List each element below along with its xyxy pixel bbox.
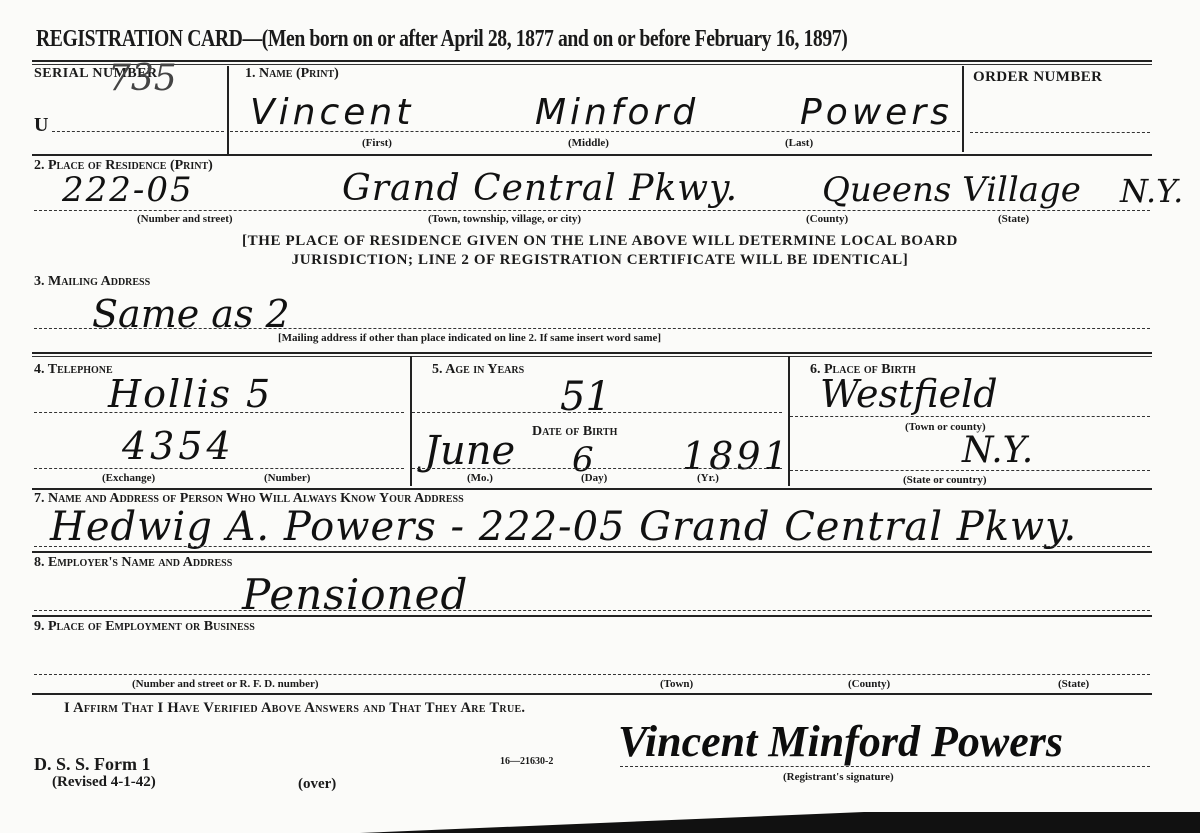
telephone-label: 4. Telephone <box>34 362 113 378</box>
age-line <box>412 412 782 413</box>
employment-place-line <box>34 674 1150 675</box>
divider <box>32 154 1152 156</box>
divider <box>32 615 1152 617</box>
contact-value: Hedwig A. Powers - 222-05 Grand Central … <box>50 504 1077 550</box>
serial-prefix: U <box>34 114 48 137</box>
employer-value: Pensioned <box>242 570 468 619</box>
age-value: 51 <box>560 374 611 420</box>
telephone-number: 4354 <box>122 424 235 468</box>
divider <box>788 356 790 486</box>
residence-notice-line1: [THE PLACE OF RESIDENCE GIVEN ON THE LIN… <box>100 232 1100 251</box>
name-label: 1. Name (Print) <box>245 66 339 82</box>
mailing-value: Same as 2 <box>92 292 290 336</box>
residence-caption-county: (County) <box>806 213 848 225</box>
telephone-exchange: Hollis 5 <box>108 372 272 416</box>
age-label: 5. Age in Years <box>432 362 524 378</box>
employer-line <box>34 610 1150 611</box>
mailing-line <box>34 328 1150 329</box>
birth-place-town-line <box>790 416 1150 417</box>
print-code: 16—21630-2 <box>500 756 553 767</box>
residence-notice-line2: JURISDICTION; LINE 2 OF REGISTRATION CER… <box>100 251 1100 270</box>
employment-caption-state: (State) <box>1058 678 1089 690</box>
birth-month-caption: (Mo.) <box>467 472 493 484</box>
birth-place-town: Westfield <box>820 372 998 416</box>
divider <box>32 356 1152 357</box>
divider <box>962 66 964 152</box>
divider <box>227 66 229 154</box>
serial-number-value: 735 <box>108 58 177 99</box>
mailing-label: 3. Mailing Address <box>34 274 150 290</box>
order-number-line <box>970 132 1150 133</box>
order-number-label: ORDER NUMBER <box>973 69 1102 86</box>
employment-caption-county: (County) <box>848 678 890 690</box>
birth-year-caption: (Yr.) <box>697 472 719 484</box>
divider <box>32 488 1152 490</box>
residence-caption-street: (Number and street) <box>137 213 233 225</box>
residence-number-street: 222-05 <box>62 170 194 210</box>
residence-caption-town: (Town, township, village, or city) <box>428 213 581 225</box>
contact-line <box>34 546 1150 547</box>
residence-state: N.Y. <box>1120 172 1183 210</box>
employer-label: 8. Employer's Name and Address <box>34 555 232 571</box>
divider <box>32 60 1152 62</box>
employment-place-label: 9. Place of Employment or Business <box>34 619 255 635</box>
telephone-exchange-line <box>34 412 404 413</box>
residence-line <box>34 210 1150 211</box>
name-last: Powers <box>800 92 953 133</box>
name-line <box>230 131 960 132</box>
over-note: (over) <box>298 776 336 793</box>
name-last-caption: (Last) <box>785 137 813 149</box>
birth-day-caption: (Day) <box>581 472 607 484</box>
card-title: REGISTRATION CARD—(Men born on or after … <box>36 26 847 53</box>
form-revised: (Revised 4-1-42) <box>52 774 156 791</box>
telephone-exchange-caption: (Exchange) <box>102 472 155 484</box>
name-middle-caption: (Middle) <box>568 137 609 149</box>
telephone-number-caption: (Number) <box>264 472 310 484</box>
divider <box>32 693 1152 695</box>
divider <box>32 352 1152 354</box>
divider <box>410 356 412 486</box>
birth-place-state: N.Y. <box>962 430 1033 471</box>
birth-place-state-caption: (State or country) <box>903 474 987 486</box>
divider <box>32 551 1152 553</box>
affirmation-text: I Affirm That I Have Verified Above Answ… <box>64 700 525 717</box>
signature-caption: (Registrant's signature) <box>783 771 894 783</box>
registrant-signature: Vincent Minford Powers <box>618 716 1063 767</box>
mailing-caption: [Mailing address if other than place ind… <box>278 332 661 344</box>
employment-caption-town: (Town) <box>660 678 693 690</box>
residence-caption-state: (State) <box>998 213 1029 225</box>
residence-town: Grand Central Pkwy. <box>342 168 738 209</box>
divider <box>32 64 1152 65</box>
telephone-number-line <box>34 468 404 469</box>
form-number: D. S. S. Form 1 <box>34 754 151 775</box>
name-first-caption: (First) <box>362 137 392 149</box>
birth-date-line <box>412 468 782 469</box>
name-first: Vincent <box>250 92 414 133</box>
signature-line <box>620 766 1150 767</box>
residence-county: Queens Village <box>822 170 1081 210</box>
birth-date-label: Date of Birth <box>532 424 617 440</box>
scan-edge-shadow <box>360 812 1200 833</box>
employment-caption-street: (Number and street or R. F. D. number) <box>132 678 319 690</box>
name-middle: Minford <box>535 92 699 133</box>
birth-place-state-line <box>790 470 1150 471</box>
serial-line <box>52 131 224 132</box>
